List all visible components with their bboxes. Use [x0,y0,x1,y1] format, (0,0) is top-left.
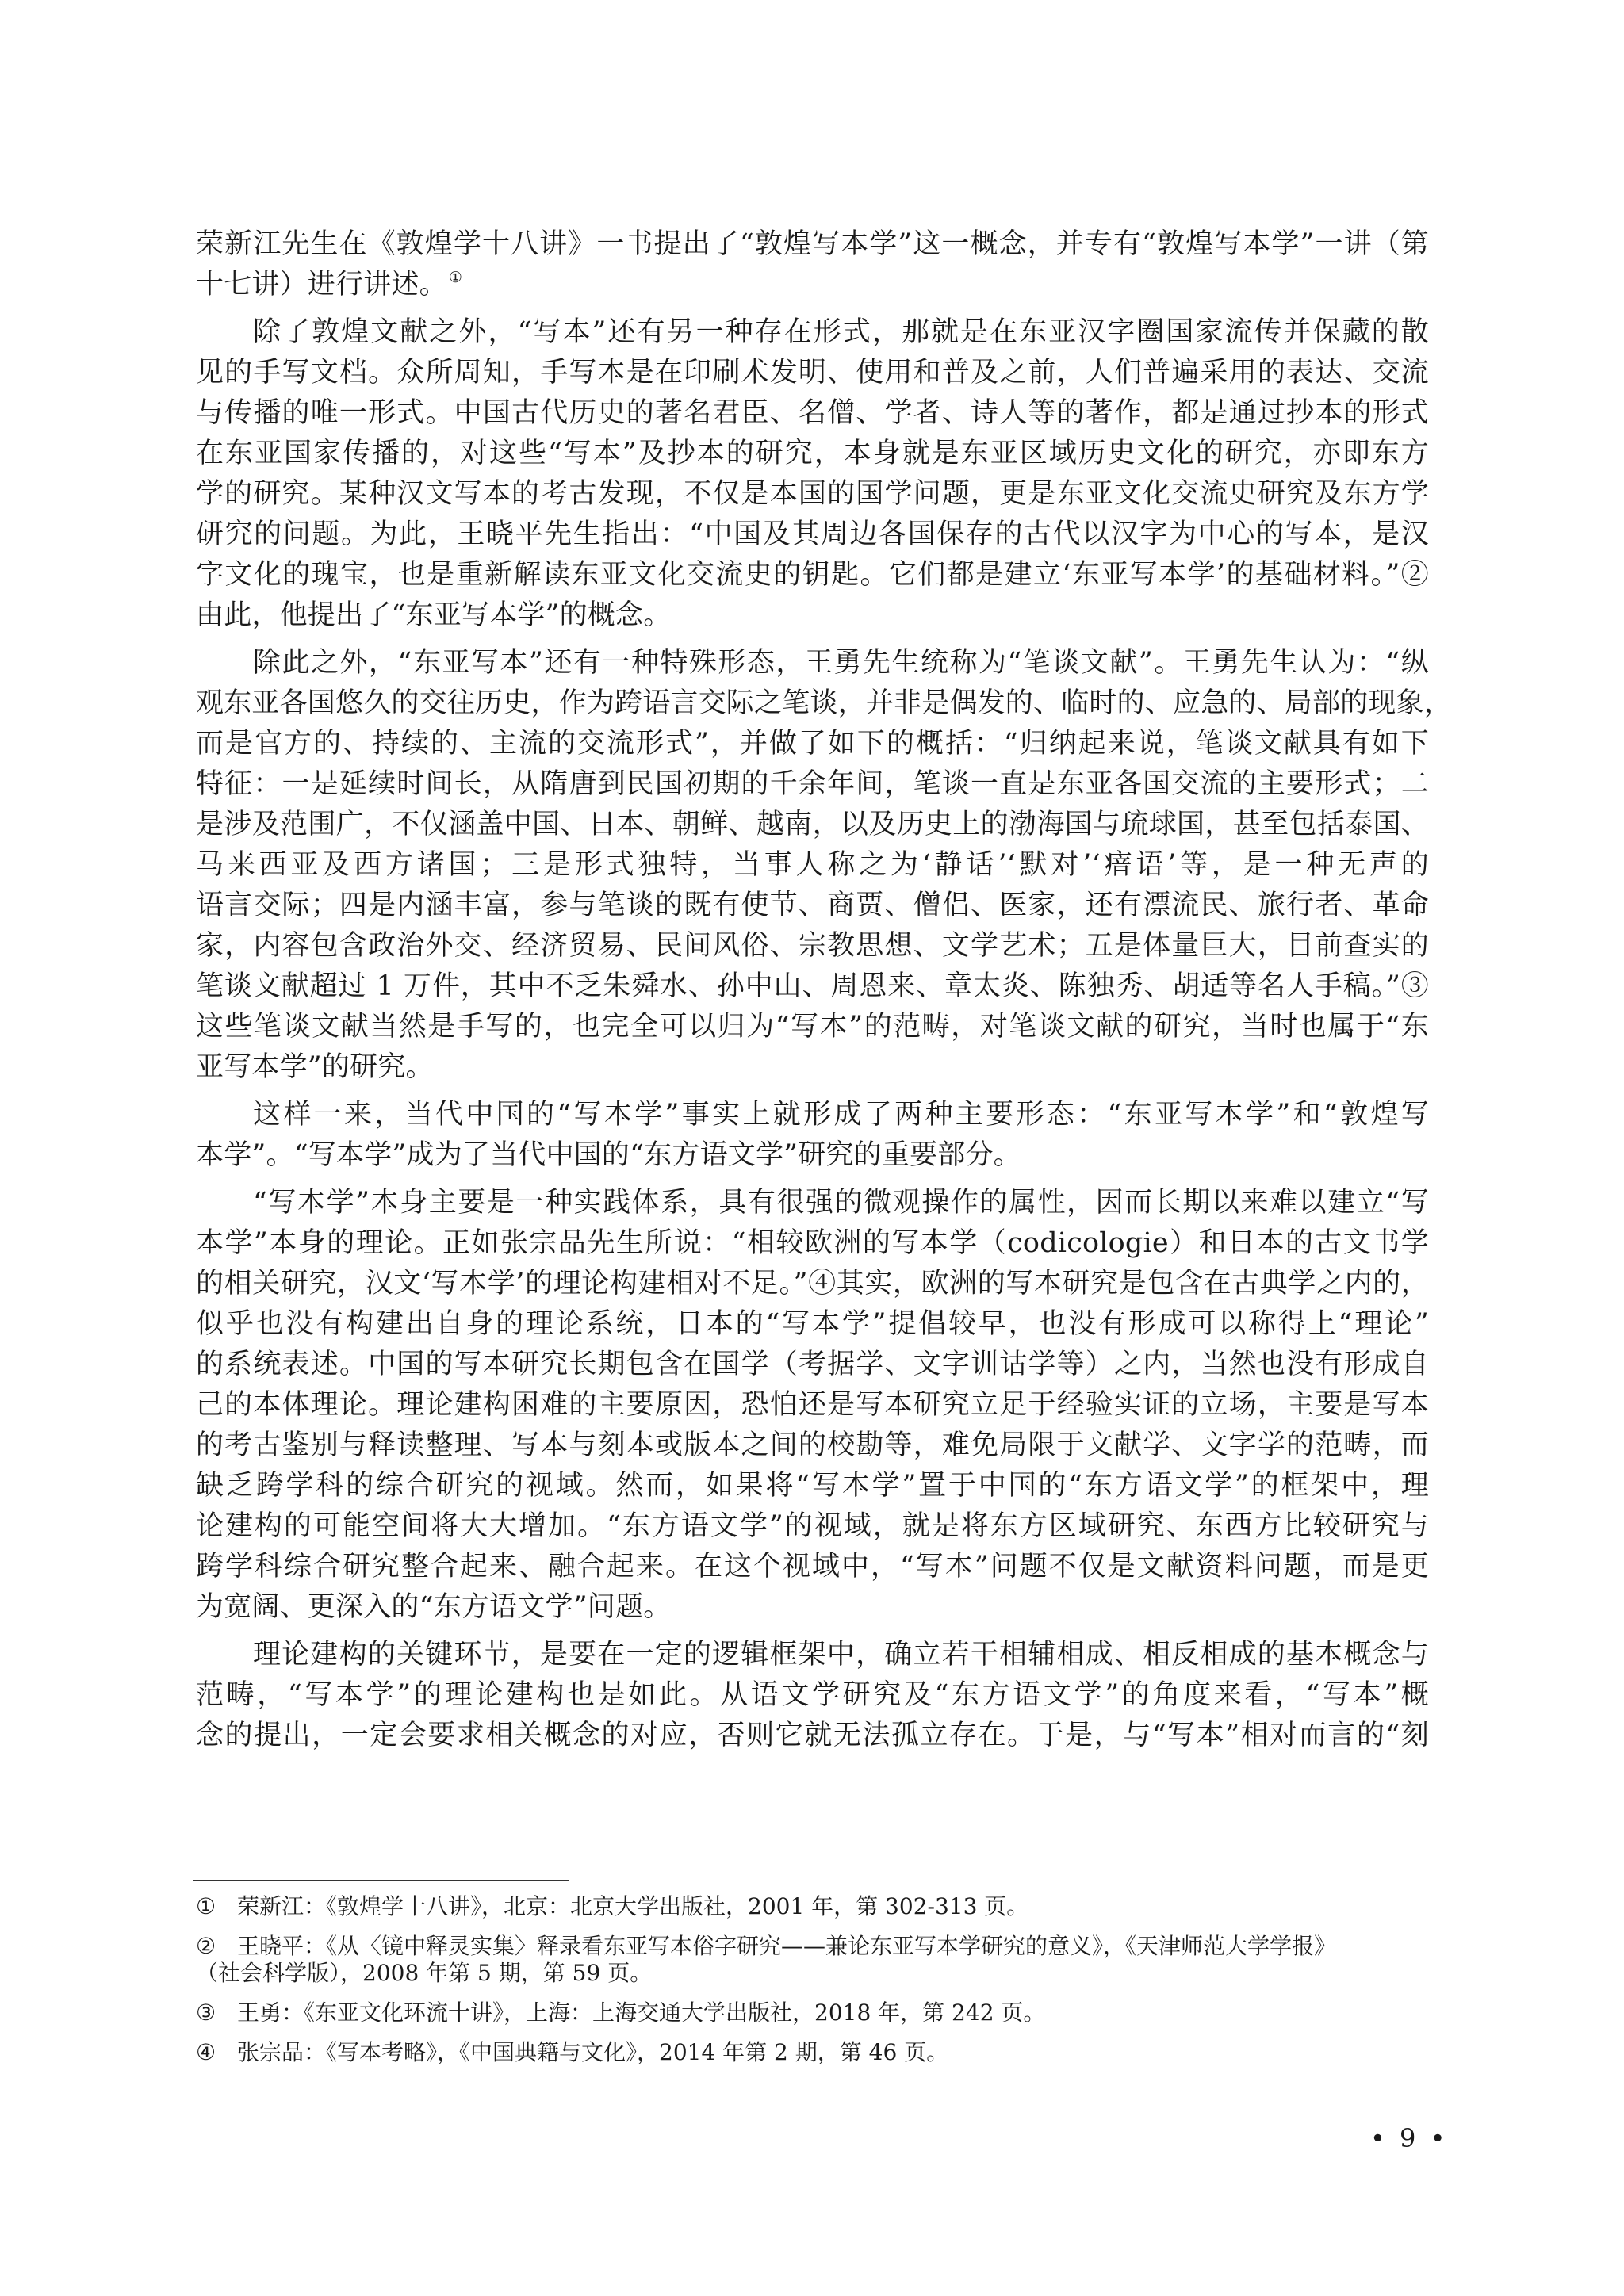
text-line: 本学”本身的理论。正如张宗品先生所说：“相较欧洲的写本学（codicologie… [196,1223,1429,1264]
footnote-ref[interactable]: ① [449,269,462,286]
text-line: 字文化的瑰宝，也是重新解读东亚文化交流史的钥匙。它们都是建立‘东亚写本学’的基础… [196,555,1429,595]
text-line: 马来西亚及西方诸国；三是形式独特，当事人称之为‘静话’‘默对’‘瘖语’等，是一种… [196,845,1429,886]
document-page: 荣新江先生在《敦煌学十八讲》一书提出了“敦煌写本学”这一概念，并专有“敦煌写本学… [0,0,1624,2296]
text-line: 缺乏跨学科的综合研究的视域。然而，如果将“写本学”置于中国的“东方语文学”的框架… [196,1466,1429,1506]
text-line: 的系统表述。中国的写本研究长期包含在国学（考据学、文字训诂学等）之内，当然也没有… [196,1345,1429,1385]
footnote: ①荣新江：《敦煌学十八讲》，北京：北京大学出版社，2001 年，第 302-31… [196,1893,1429,1920]
footnote-number: ① [196,1893,237,1920]
text-line: 跨学科综合研究整合起来、融合起来。在这个视域中，“写本”问题不仅是文献资料问题，… [196,1547,1429,1587]
footnote-line: （社会科学版），2008 年第 5 期，第 59 页。 [196,1960,1429,1987]
text-line: 笔谈文献超过 1 万件，其中不乏朱舜水、孙中山、周恩来、章太炎、陈独秀、胡适等名… [196,966,1429,1007]
footnote-number: ③ [196,1999,237,2026]
text-line: 的考古鉴别与释读整理、写本与刻本或版本之间的校勘等，难免局限于文献学、文字学的范… [196,1425,1429,1466]
text-line: “写本学”本身主要是一种实践体系，具有很强的微观操作的属性，因而长期以来难以建立… [196,1183,1429,1223]
body-text: 荣新江先生在《敦煌学十八讲》一书提出了“敦煌写本学”这一概念，并专有“敦煌写本学… [196,224,1429,1763]
text-line: 亚写本学”的研究。 [196,1047,1429,1088]
text-line: 范畴，“写本学”的理论建构也是如此。从语文学研究及“东方语文学”的角度来看，“写… [196,1675,1429,1716]
text-line: 似乎也没有构建出自身的理论系统，日本的“写本学”提倡较早，也没有形成可以称得上“… [196,1304,1429,1345]
footnote: ②王晓平：《从〈镜中释灵实集〉释录看东亚写本俗字研究——兼论东亚写本学研究的意义… [196,1933,1429,1987]
paragraph: 荣新江先生在《敦煌学十八讲》一书提出了“敦煌写本学”这一概念，并专有“敦煌写本学… [196,224,1429,305]
footnote-line: ②王晓平：《从〈镜中释灵实集〉释录看东亚写本俗字研究——兼论东亚写本学研究的意义… [196,1933,1429,1960]
text-line: 学的研究。某种汉文写本的考古发现，不仅是本国的国学问题，更是东亚文化交流史研究及… [196,474,1429,515]
footnote-number: ④ [196,2039,237,2066]
text-line: 见的手写文档。众所周知，手写本是在印刷术发明、使用和普及之前，人们普遍采用的表达… [196,353,1429,393]
text-line: 是涉及范围广，不仅涵盖中国、日本、朝鲜、越南，以及历史上的渤海国与琉球国，甚至包… [196,805,1429,845]
text-line: 除此之外，“东亚写本”还有一种特殊形态，王勇先生统称为“笔谈文献”。王勇先生认为… [196,643,1429,683]
footnote-text: 荣新江：《敦煌学十八讲》，北京：北京大学出版社，2001 年，第 302-313… [237,1893,1028,1919]
text-line: 理论建构的关键环节，是要在一定的逻辑框架中，确立若干相辅相成、相反相成的基本概念… [196,1635,1429,1675]
footnote-text: 王晓平：《从〈镜中释灵实集〉释录看东亚写本俗字研究——兼论东亚写本学研究的意义》… [237,1933,1336,1959]
paragraph: 除了敦煌文献之外，“写本”还有另一种存在形式，那就是在东亚汉字圈国家流传并保藏的… [196,312,1429,636]
text-line: 家，内容包含政治外交、经济贸易、民间风俗、宗教思想、文学艺术；五是体量巨大，目前… [196,926,1429,966]
footnote: ③王勇：《东亚文化环流十讲》，上海：上海交通大学出版社，2018 年，第 242… [196,1999,1429,2026]
text-line: 由此，他提出了“东亚写本学”的概念。 [196,595,1429,636]
text-line: 的相关研究，汉文‘写本学’的理论构建相对不足。”④其实，欧洲的写本研究是包含在古… [196,1264,1429,1304]
text-line: 除了敦煌文献之外，“写本”还有另一种存在形式，那就是在东亚汉字圈国家流传并保藏的… [196,312,1429,353]
paragraph: “写本学”本身主要是一种实践体系，具有很强的微观操作的属性，因而长期以来难以建立… [196,1183,1429,1628]
text-line: 语言交际；四是内涵丰富，参与笔谈的既有使节、商贾、僧侣、医家，还有漂流民、旅行者… [196,886,1429,926]
footnote-number: ② [196,1933,237,1960]
footnote-line: ③王勇：《东亚文化环流十讲》，上海：上海交通大学出版社，2018 年，第 242… [196,1999,1429,2026]
text-line: 研究的问题。为此，王晓平先生指出：“中国及其周边各国保存的古代以汉字为中心的写本… [196,515,1429,555]
text-line: 这些笔谈文献当然是手写的，也完全可以归为“写本”的范畴，对笔谈文献的研究，当时也… [196,1007,1429,1047]
footnote: ④张宗品：《写本考略》，《中国典籍与文化》，2014 年第 2 期，第 46 页… [196,2039,1429,2066]
text-line: 特征：一是延续时间长，从隋唐到民国初期的千余年间，笔谈一直是东亚各国交流的主要形… [196,764,1429,805]
text-line: 论建构的可能空间将大大增加。“东方语文学”的视域，就是将东方区域研究、东西方比较… [196,1506,1429,1547]
text-line: 而是官方的、持续的、主流的交流形式”，并做了如下的概括：“归纳起来说，笔谈文献具… [196,724,1429,764]
text-line: 本学”。“写本学”成为了当代中国的“东方语文学”研究的重要部分。 [196,1135,1429,1176]
text-line: 观东亚各国悠久的交往历史，作为跨语言交际之笔谈，并非是偶发的、临时的、应急的、局… [196,683,1429,724]
footnote-line: ①荣新江：《敦煌学十八讲》，北京：北京大学出版社，2001 年，第 302-31… [196,1893,1429,1920]
text-line: 在东亚国家传播的，对这些“写本”及抄本的研究，本身就是东亚区域历史文化的研究，亦… [196,434,1429,474]
text-line: 荣新江先生在《敦煌学十八讲》一书提出了“敦煌写本学”这一概念，并专有“敦煌写本学… [196,224,1429,265]
paragraph: 这样一来，当代中国的“写本学”事实上就形成了两种主要形态：“东亚写本学”和“敦煌… [196,1095,1429,1176]
text-line: 与传播的唯一形式。中国古代历史的著名君臣、名僧、学者、诗人等的著作，都是通过抄本… [196,393,1429,434]
footnote-line: ④张宗品：《写本考略》，《中国典籍与文化》，2014 年第 2 期，第 46 页… [196,2039,1429,2066]
footnote-text: 张宗品：《写本考略》，《中国典籍与文化》，2014 年第 2 期，第 46 页。 [237,2039,948,2065]
text-line: 这样一来，当代中国的“写本学”事实上就形成了两种主要形态：“东亚写本学”和“敦煌… [196,1095,1429,1135]
footnote-text: 王勇：《东亚文化环流十讲》，上海：上海交通大学出版社，2018 年，第 242 … [237,1999,1045,2026]
text-line: 己的本体理论。理论建构困难的主要原因，恐怕还是写本研究立足于经验实证的立场，主要… [196,1385,1429,1425]
text-line: 念的提出，一定会要求相关概念的对应，否则它就无法孤立存在。于是，与“写本”相对而… [196,1716,1429,1756]
paragraph: 除此之外，“东亚写本”还有一种特殊形态，王勇先生统称为“笔谈文献”。王勇先生认为… [196,643,1429,1088]
text-line: 为宽阔、更深入的“东方语文学”问题。 [196,1587,1429,1628]
page-number: • 9 • [1370,2123,1448,2153]
text-line: 十七讲）进行讲述。① [196,265,1429,305]
paragraph: 理论建构的关键环节，是要在一定的逻辑框架中，确立若干相辅相成、相反相成的基本概念… [196,1635,1429,1756]
footnote-divider [193,1880,569,1881]
footnotes: ①荣新江：《敦煌学十八讲》，北京：北京大学出版社，2001 年，第 302-31… [196,1893,1429,2079]
